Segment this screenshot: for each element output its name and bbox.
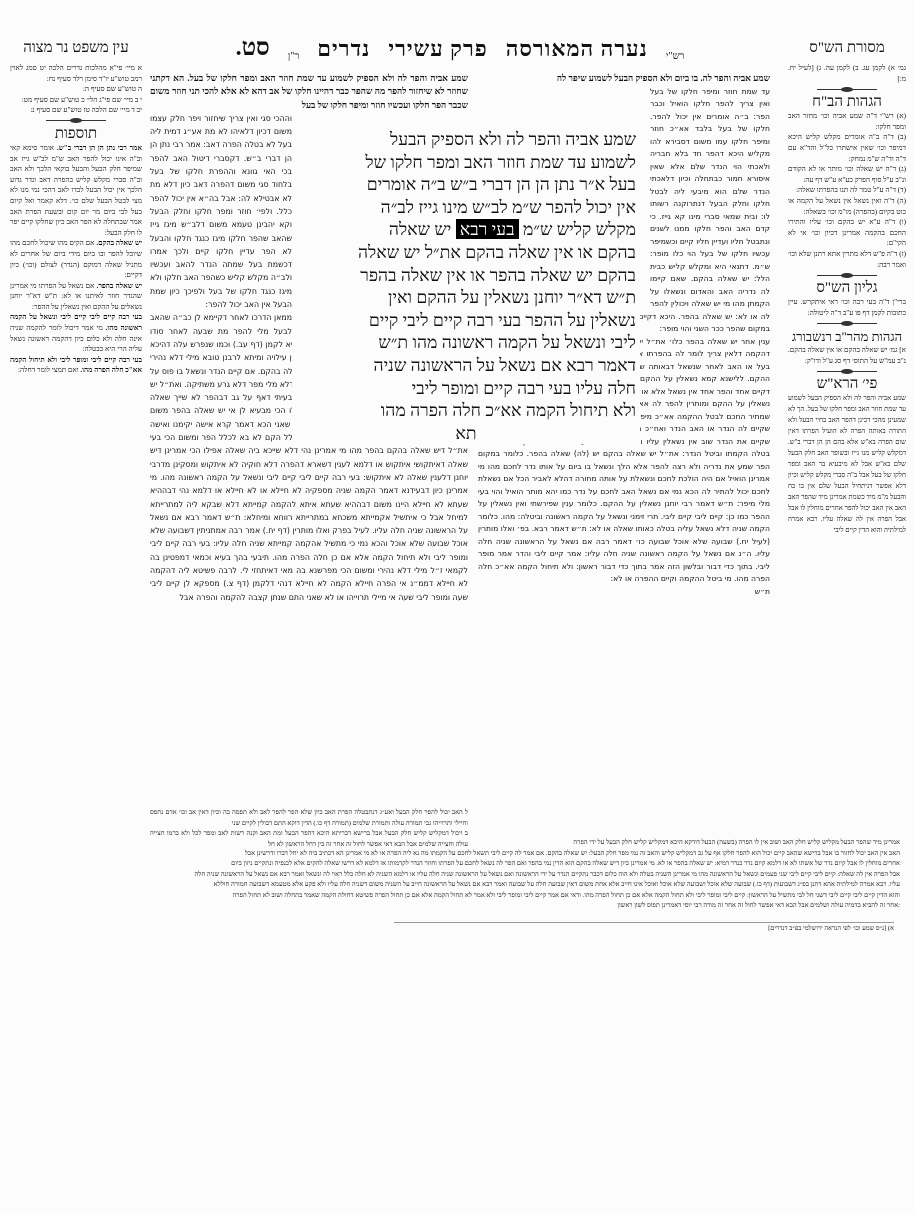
hagahot-title: הגהות הב"ח [788,94,906,111]
footer-line: אבל הפרה אין לה שאלה: קיים ליבי קיים ליב… [20,870,900,881]
gemara-line: ולא תיחול הקמה אא״כ חלה הפרה מהו [296,399,636,422]
gemara-text: שמע אביה והפר לה ולא הספיק הבעל לשמוע עד… [292,128,640,444]
highlighted-phrase[interactable]: בעי רבא [456,219,519,239]
ornament-divider [10,116,142,126]
gemara-line: שמע אביה והפר לה ולא הספיק הבעל [296,128,636,151]
ornament-divider [788,318,906,328]
left-margin: עין משפט נר מצוה א מיי׳ פי"א מהלכות נדרי… [10,40,142,376]
rashi-header: שמע אביה והפר לה. בו ביום ולא הספיק הבעל… [478,72,770,86]
hagahot-item: (ד) ד"ה ע"ל טמר לה תנו בהפרתו שאלה: [788,185,906,196]
tosafot-entry: יש שאלה בהפר. אם נשאל על הפרתו מי אמרינן… [10,281,142,313]
gemara-line: אין יכול להפר ש״מ לב״ש מינו גייז לב״ה [296,196,636,219]
mesoret-title: מסורת הש"ס [788,40,906,57]
tosafot-lead: אמר רבי נתן הן הן דברי ב"ש. [57,144,142,152]
tosafot-entry: בעי רבה קיים ליבי קיים ליבי ונשאל על הקמ… [10,312,142,354]
gemara-line: בהקם או אין שאלה בהקם את״ל יש שאלה [296,241,636,264]
gilyon-text: ברי"ן ד"ה בעי רבה וכו׳ ראי איתקרש. עיין … [788,297,906,318]
gemara-line: דאמר רבא אם נשאל על הראשונה שניה [296,354,636,377]
footnote: א) [נ״ס שמע וכו׳ לפי הנראה ירושלמי בפ״ב … [394,922,894,932]
tosafot-title: תוספות [10,126,142,143]
tosafot-text: ואם תמצי לומר דחלה: [18,366,79,374]
gemara-line: תא [296,422,636,445]
tosafot-lead: יש שאלה בהקם. [96,239,142,247]
chapter-number: פרק עשירי [388,36,487,62]
gemara-line: לשמוע עד שמת חוזר האב ומפר חלקו של [296,151,636,174]
ran-label: ר"ן [288,51,300,62]
hagahot-item: (ז) ד"ה פ"ש דלא מתרין אתא רתנן שלא וכו׳ … [788,249,906,270]
tosafot-lead: יש שאלה בהפר. [97,282,142,290]
gemara-line: מקלש קליש ש״מ בעי רבא יש שאלה [296,218,636,241]
hagahot-item: (ו) ד"ה ע"א יש בהקם וכו׳ עליו והתירו החכ… [788,217,906,249]
tosafot-entry: בעי רבה קיים ליבי ומופר ליבי ולא תיחול ה… [10,355,142,376]
gemara-line: נשאלין על ההפר בעי רבה קיים ליבי קיים [296,309,636,332]
ornament-divider [788,84,906,94]
gemara-line: בהקם יש שאלה בהפר או אין שאלה בהפר [296,264,636,287]
rosh-text: שמע אביה והפר לה ולא הספיק הבעל לשמוע עד… [788,393,906,536]
gemara-line: חלה עליו בעי רבה קיים ומופר ליבי [296,377,636,400]
footer-line: עליו. רבא אמרה למילתיה אהא דתנן בפ״ג דשב… [20,880,900,891]
ein-mishpat-item: א מיי׳ פי"א מהלכות נדרים הלכה יט סמג לאו… [10,63,142,84]
hagahot-item: (ב) ד"ה ב"ה אומרים מקלש קליש היכא דמיפר … [788,132,906,164]
ornament-divider [788,366,906,376]
ornament-divider [788,270,906,280]
daf-number: סט. [236,35,270,62]
rashi-label: רש"י [666,51,685,62]
gilyon-title: גליון הש"ס [788,280,906,297]
ein-mishpat-title: עין משפט נר מצוה [10,40,142,57]
hagahot-item: (א) רש"י ד"ה שמע אביה וכו׳ מחזר האב ומפר… [788,111,906,132]
tractate-name: נדרים [317,36,370,62]
rosh-title: פי׳ הרא"ש [788,376,906,393]
rosh-bottom-left: ל האב יכול להפר חלק הבעל ואע״ג דנתבטלה ה… [150,808,468,850]
gemara-line: ליבי ונשאל על הקמה ראשונה מהו ת״ש [296,331,636,354]
tosafot-entry: אמר רבי נתן הן הן דברי ב"ש. אומר סימא קא… [10,143,142,238]
footer-line: ל האב יכול להפר חלק הבעל ואע״ג דנתבטלה ה… [150,808,468,829]
ein-mishpat-item: ה טוש"ע שם סעיף ה: [10,84,142,95]
tosafot-entry: יש שאלה בהקם. אם הקים מהו שיכול לחכם מהו… [10,238,142,280]
chapter-name: נערה המאורסה [506,36,648,62]
gemara-line: ת״ש דא״ר יוחנן נשאלין על ההקם ואין [296,286,636,309]
ran-header: שמע אביה והפר לה ולא הספיק לשמוע עד שמת … [150,72,468,112]
ein-mishpat-list: א מיי׳ פי"א מהלכות נדרים הלכה יט סמג לאו… [10,63,142,116]
tosafot-text: אומר סימא קאי וב"ה אינו יכול להפר האב ש"… [10,144,142,237]
maharshal-text: א] גמ׳ יש שאלה בהקם או אין שאלה בהקם. נ"… [788,345,906,366]
footer-line: אחרים מוחלין לו אבל קיום נדר של אשתו לא … [20,859,900,870]
page-header: רש"י נערה המאורסה פרק עשירי נדרים ר"ן סט… [150,28,770,62]
mesoret-text: גמ׳ א) לקמן עג. ב) לקמן עה. ג) [לעיל יח.… [788,63,906,84]
hagahot-item: (ג) ד"ה יש שאלה וכו׳ מותר או לא הקודם ונ… [788,164,906,185]
gemara-line: בעל א״ר נתן הן הן דברי ב״ש ב״ה אומרים [296,173,636,196]
right-margin: מסורת הש"ס גמ׳ א) לקמן עג. ב) לקמן עה. ג… [788,40,906,536]
hagahot-list: (א) רש"י ד"ה שמע אביה וכו׳ מחזר האב ומפר… [788,111,906,270]
ein-mishpat-item: יב ד מיי׳ שם הלכה טז טוש"ע שם סעיף נ: [10,105,142,116]
maharshal-title: הגהות מהר"ב רנשבורג [788,328,906,345]
footer-line: האב אין האב יכול לחזור בו אבל ברישא שהאב… [20,849,900,860]
ein-mishpat-item: י ב מיי׳ שם פי"ג הלי׳ כ טוש"ע שם סעיף מט… [10,95,142,106]
rashi-paragraph: ת״ש [478,586,770,599]
footer-line: ב ויכול דמקליש קליש חלק הבעל אבל ברישא ד… [150,829,468,850]
footer-line: והוא הדין קיים ליבי קיים ליבי דשני חל לב… [20,891,900,902]
hagahot-item: (ה) ד"ה ואין נשאל אין נשאל על הקמה או כו… [788,196,906,217]
footer-line: :אחר זה להביא בדמיה עולה ושלמים אבל הבא … [20,901,900,912]
